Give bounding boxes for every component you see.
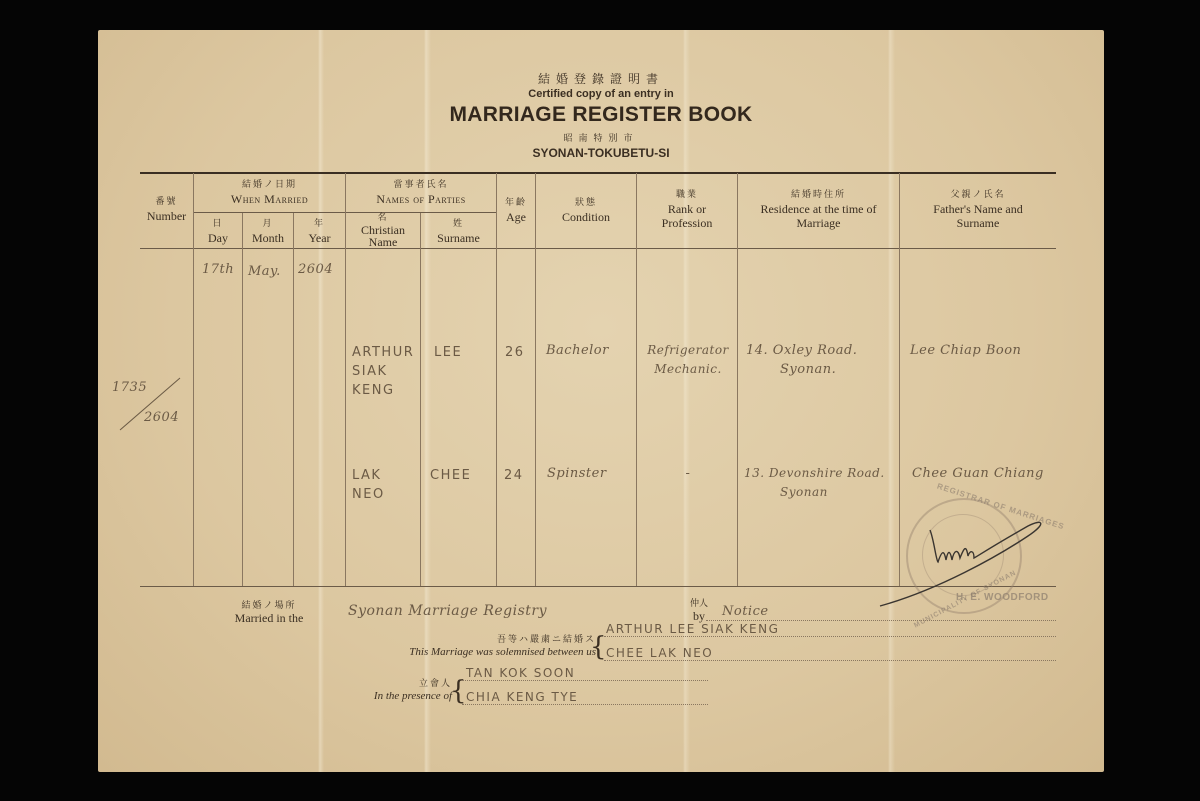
marriage-certificate: 結婚登錄證明書 Certified copy of an entry in MA… bbox=[98, 30, 1104, 772]
bride-christian-name: LAK NEO bbox=[352, 466, 385, 504]
header-bottom-rule bbox=[140, 248, 1056, 249]
entry-month: May. bbox=[248, 262, 281, 281]
groom-residence: 14. Oxley Road. Syonan. bbox=[746, 341, 857, 379]
groom-profession: Refrigerator Mechanic. bbox=[640, 341, 736, 379]
groom-father: Lee Chiap Boon bbox=[910, 341, 1021, 360]
city-name: SYONAN-TOKUBETU-SI bbox=[98, 146, 1104, 160]
presence-label: 立會人 In the presence of bbox=[346, 678, 452, 702]
entry-day: 17th bbox=[202, 260, 234, 279]
header-day: 日 Day bbox=[194, 217, 242, 245]
header-surname: 姓 Surname bbox=[421, 217, 496, 245]
groom-christian-name: ARTHUR SIAK KENG bbox=[352, 343, 414, 400]
groom-age: 26 bbox=[505, 343, 525, 362]
bride-condition: Spinster bbox=[547, 464, 607, 483]
table-top-rule bbox=[140, 172, 1056, 174]
header-names-of-parties: 當事者氏名 Names of Parties bbox=[346, 178, 496, 206]
solemnised-line-1 bbox=[604, 636, 1056, 637]
groom-condition: Bachelor bbox=[546, 341, 609, 360]
document-title: MARRIAGE REGISTER BOOK bbox=[98, 103, 1104, 127]
header-year: 年 Year bbox=[294, 217, 345, 245]
entry-year: 2604 bbox=[298, 260, 333, 279]
married-in-label: 結婚ノ場所 Married in the bbox=[224, 600, 314, 624]
by-value: Notice bbox=[722, 602, 769, 621]
header-month: 月 Month bbox=[243, 217, 293, 245]
solemnised-label: 吾等ハ嚴粛ニ結婚ス This Marriage was solemnised b… bbox=[346, 634, 596, 658]
registrar-signature bbox=[878, 520, 1048, 612]
city-cjk: 昭南特別市 bbox=[98, 131, 1104, 144]
col-divider bbox=[636, 173, 637, 586]
col-divider bbox=[293, 213, 294, 586]
header-profession: 職業 Rank or Profession bbox=[637, 188, 737, 230]
header-number: 番號 Number bbox=[140, 195, 193, 223]
subtitle: Certified copy of an entry in bbox=[98, 88, 1104, 100]
header-residence: 結婚時住所 Residence at the time of Marriage bbox=[738, 188, 899, 230]
groom-surname: LEE bbox=[434, 343, 462, 362]
married-in-value: Syonan Marriage Registry bbox=[348, 602, 547, 621]
title-cjk: 結婚登錄證明書 bbox=[98, 70, 1104, 87]
by-label: 仲人 by bbox=[684, 598, 714, 622]
witness-line-2 bbox=[462, 704, 708, 705]
bride-father: Chee Guan Chiang bbox=[912, 464, 1044, 483]
bride-surname: CHEE bbox=[430, 466, 471, 485]
bride-profession: - bbox=[640, 464, 736, 483]
bride-residence: 13. Devonshire Road. Syonan bbox=[744, 464, 885, 502]
col-divider bbox=[737, 173, 738, 586]
header-age: 年齡 Age bbox=[497, 196, 535, 224]
header-father: 父親ノ氏名 Father's Name and Surname bbox=[900, 188, 1056, 230]
col-divider bbox=[496, 173, 497, 586]
witness-line-1 bbox=[462, 680, 708, 681]
header-condition: 狀態 Condition bbox=[536, 196, 636, 224]
solemnised-line-2 bbox=[604, 660, 1056, 661]
col-divider bbox=[420, 213, 421, 586]
header-when-married: 結婚ノ日期 When Married bbox=[194, 178, 345, 206]
brace: { bbox=[450, 678, 467, 704]
brace: { bbox=[590, 634, 607, 660]
header-christian-name: 名 Christian Name bbox=[346, 212, 420, 248]
entry-year-number: 2604 bbox=[144, 408, 179, 427]
col-divider bbox=[242, 213, 243, 586]
bride-age: 24 bbox=[504, 466, 524, 485]
col-divider bbox=[535, 173, 536, 586]
